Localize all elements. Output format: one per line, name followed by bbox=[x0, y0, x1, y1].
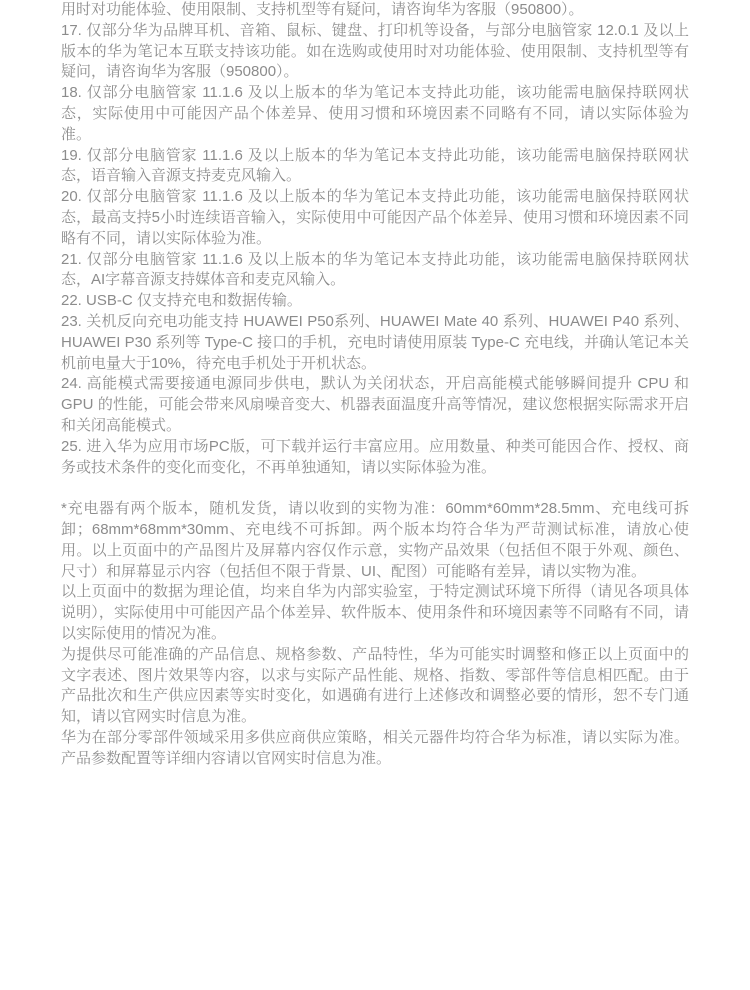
note-item-22: 22. USB-C 仅支持充电和数据传输。 bbox=[61, 291, 689, 312]
note-item-17: 17. 仅部分华为品牌耳机、音箱、鼠标、键盘、打印机等设备，与部分电脑管家 12… bbox=[61, 21, 689, 83]
note-item-20: 20. 仅部分电脑管家 11.1.6 及以上版本的华为笔记本支持此功能，该功能需… bbox=[61, 187, 689, 249]
note-continuation-line: 用时对功能体验、使用限制、支持机型等有疑问，请咨询华为客服（950800）。 bbox=[61, 0, 689, 21]
disclaimer-charger-versions: *充电器有两个版本，随机发货，请以收到的实物为准：60mm*60mm*28.5m… bbox=[61, 499, 689, 582]
note-item-25: 25. 进入华为应用市场PC版，可下载并运行丰富应用。应用数量、种类可能因合作、… bbox=[61, 437, 689, 479]
note-item-21: 21. 仅部分电脑管家 11.1.6 及以上版本的华为笔记本支持此功能，该功能需… bbox=[61, 250, 689, 292]
disclaimers-block: *充电器有两个版本，随机发货，请以收到的实物为准：60mm*60mm*28.5m… bbox=[61, 499, 689, 769]
note-item-18: 18. 仅部分电脑管家 11.1.6 及以上版本的华为笔记本支持此功能，该功能需… bbox=[61, 83, 689, 145]
numbered-notes-block: 用时对功能体验、使用限制、支持机型等有疑问，请咨询华为客服（950800）。 1… bbox=[61, 0, 689, 478]
note-item-19: 19. 仅部分电脑管家 11.1.6 及以上版本的华为笔记本支持此功能，该功能需… bbox=[61, 146, 689, 188]
note-item-24: 24. 高能模式需要接通电源同步供电，默认为关闭状态，开启高能模式能够瞬间提升 … bbox=[61, 374, 689, 436]
note-item-23: 23. 关机反向充电功能支持 HUAWEI P50系列、HUAWEI Mate … bbox=[61, 312, 689, 374]
product-notes-document: 用时对功能体验、使用限制、支持机型等有疑问，请咨询华为客服（950800）。 1… bbox=[0, 0, 750, 769]
disclaimer-multi-supplier: 华为在部分零部件领域采用多供应商供应策略，相关元器件均符合华为标准，请以实际为准… bbox=[61, 728, 689, 770]
disclaimer-theoretical-data: 以上页面中的数据为理论值，均来自华为内部实验室，于特定测试环境下所得（请见各项具… bbox=[61, 582, 689, 644]
disclaimer-spec-adjustments: 为提供尽可能准确的产品信息、规格参数、产品特性，华为可能实时调整和修正以上页面中… bbox=[61, 645, 689, 728]
